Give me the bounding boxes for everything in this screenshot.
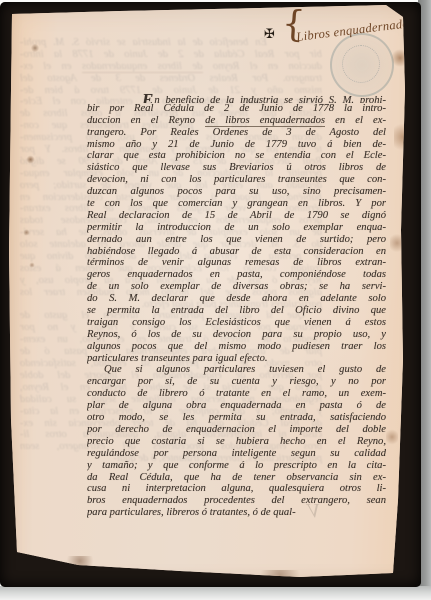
text-line: permitir la introduccion de un solo exem… — [87, 222, 386, 234]
text-line: particulares transeuntes para igual efec… — [87, 353, 386, 365]
text-line: regulándose por persona inteligente segu… — [87, 448, 386, 460]
text-line: duzcan algunos pocos para su uso, sino p… — [87, 186, 386, 198]
text-line: devocion, ni con los particulares transe… — [87, 174, 386, 186]
text-line: Reynos, ó los de su devocion para su pro… — [87, 329, 386, 341]
text-line: mismo año y 21 de Junio de 1779 tuvo á b… — [87, 139, 386, 151]
underlined-phrase: de libros enquadernados — [205, 115, 325, 127]
text-line: bir por Real Cédula de 2 de Junio de 177… — [87, 103, 386, 115]
text-line: conducto de librero ó tratante en el ram… — [87, 388, 386, 400]
text-line: algunos pocos que del mismo modo pudiese… — [87, 341, 386, 353]
text-line: Que si algunos particulares tuviesen el … — [87, 364, 386, 376]
text-line: trangero. Por Reales Ordenes de 3 de Ago… — [87, 127, 386, 139]
text-line: se permita la entrada del libro del Ofic… — [87, 305, 386, 317]
text-line: do S. M. declarar que desde ahora en ade… — [87, 293, 386, 305]
text-line: duccion en el Reyno de libros enquaderna… — [20, 61, 322, 73]
text-line: plar de alguna obra enquadernada en past… — [87, 400, 386, 412]
cross-icon: ✠ — [264, 27, 275, 42]
text-line: bros enquadernados procedentes del extra… — [87, 495, 386, 507]
text-line: términos de venir algunas remesas de lib… — [87, 257, 386, 269]
text-line: trangero. Por Reales Ordenes de 3 de Ago… — [20, 73, 322, 85]
text-line: da Real Cédula, que ha de tener observan… — [87, 472, 386, 484]
scanner-bottom-strip — [0, 586, 431, 600]
text-line: dernado aun entre los que vienen de surt… — [87, 234, 386, 246]
text-line: geros enquadernados en pasta, componiénd… — [87, 269, 386, 281]
text-line: para particulares, libreros ó tratantes,… — [87, 507, 386, 519]
text-line: En beneficio de la industria se sirvió S… — [87, 91, 386, 103]
text-line: siástico que llevase sus Breviarios ú ot… — [87, 162, 386, 174]
text-line: Real declaracion de 15 de Abril de 1790 … — [87, 210, 386, 222]
text-line: habiéndose llegado á abusar de esta cons… — [87, 246, 386, 258]
drop-cap: E — [142, 91, 154, 103]
text-line: cusa ni interpretacion alguna, qualesqui… — [87, 483, 386, 495]
text-line: de un solo exemplar de diversas obras; s… — [87, 281, 386, 293]
document-page: En beneficio de la industria se sirvió S… — [0, 0, 431, 600]
text-line: duccion en el Reyno de libros enquaderna… — [87, 115, 386, 127]
text-line: otro modo, se les permita su entrada, sa… — [87, 412, 386, 424]
text-line: encargar por sí, de su cuenta y riesgo, … — [87, 376, 386, 388]
text-line: te con los que comercian y grangean en l… — [87, 198, 386, 210]
text-line: por derecho de enquadernacion el importe… — [87, 424, 386, 436]
text-line: y tamaño; y que conforme á lo prescripto… — [87, 460, 386, 472]
text-line: traigan consigo los Eclesiásticos que vi… — [87, 317, 386, 329]
underlined-phrase: de libros enquadernados — [82, 61, 203, 73]
text-line: precio que costaria si se hubiera hecho … — [87, 436, 386, 448]
text-line: clarar que esta prohibicion no se entend… — [87, 150, 386, 162]
body-text: En beneficio de la industria se sirvió S… — [87, 91, 386, 519]
